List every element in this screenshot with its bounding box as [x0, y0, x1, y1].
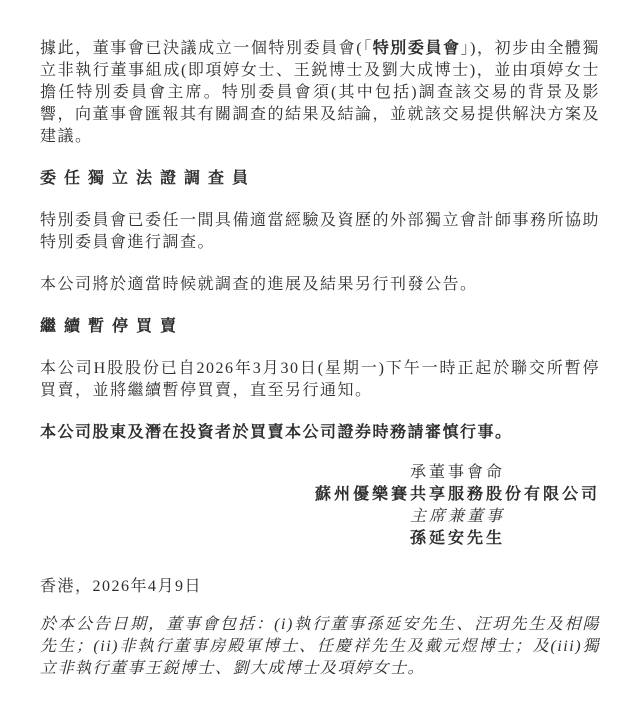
- special-committee-text-before: 據此，董事會已決議成立一個特別委員會(「: [40, 40, 373, 57]
- signatory-name: 孫延安先生: [315, 528, 600, 550]
- by-order-of-board-line: 承董事會命: [315, 462, 600, 484]
- paragraph-shareholder-caution: 本公司股東及潛在投資者於買賣本公司證券時務請審慎行事。: [40, 422, 600, 444]
- announcement-document: 據此，董事會已決議成立一個特別委員會(「特別委員會」)，初步由全體獨立非執行董事…: [0, 0, 640, 701]
- paragraph-special-committee: 據此，董事會已決議成立一個特別委員會(「特別委員會」)，初步由全體獨立非執行董事…: [40, 38, 600, 148]
- section-heading-forensic-investigator: 委任獨立法證調查員: [40, 168, 600, 190]
- section-heading-continued-suspension: 繼續暫停買賣: [40, 316, 600, 338]
- company-name: 蘇州優樂賽共享服務股份有限公司: [315, 484, 600, 506]
- board-composition-note: 於本公告日期，董事會包括：(i)執行董事孫延安先生、汪玥先生及相陽先生；(ii)…: [40, 614, 600, 680]
- signature-block: 承董事會命 蘇州優樂賽共享服務股份有限公司 主席兼董事 孫延安先生: [315, 462, 600, 550]
- special-committee-defined-term: 特別委員會: [373, 40, 461, 57]
- paragraph-trading-halt: 本公司H股股份已自2026年3月30日(星期一)下午一時正起於聯交所暫停買賣，並…: [40, 358, 600, 402]
- signatory-title: 主席兼董事: [315, 506, 600, 528]
- paragraph-accountant-appointment: 特別委員會已委任一間具備適當經驗及資歷的外部獨立會計師事務所協助特別委員會進行調…: [40, 210, 600, 254]
- dateline: 香港，2026年4月9日: [40, 576, 600, 598]
- paragraph-further-announcement: 本公司將於適當時候就調查的進展及結果另行刊發公告。: [40, 274, 600, 296]
